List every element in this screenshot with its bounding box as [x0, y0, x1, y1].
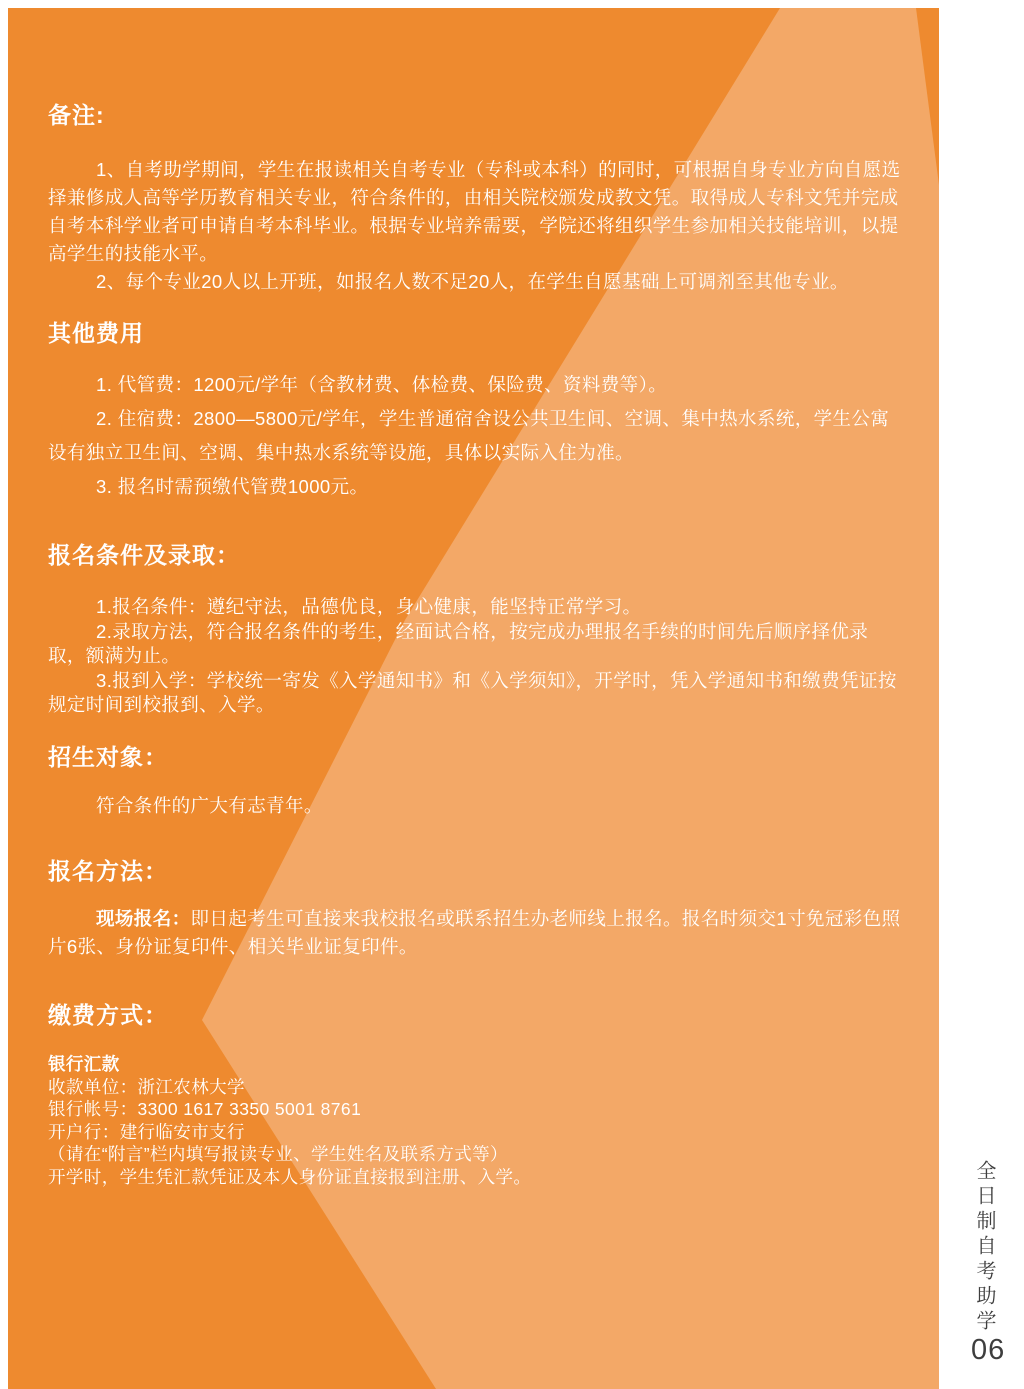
- payment-payee-line: 收款单位：浙江农林大学: [48, 1076, 906, 1099]
- payment-account-line: 银行帐号：3300 1617 3350 5001 8761: [48, 1098, 906, 1121]
- section-conditions-body: 1.报名条件：遵纪守法，品德优良，身心健康，能坚持正常学习。 2.录取方法，符合…: [48, 595, 906, 718]
- method-text: 现场报名：即日起考生可直接来我校报名或联系招生办老师线上报名。报名时须交1寸免冠…: [48, 905, 906, 961]
- section-notes-heading: 备注:: [48, 104, 105, 127]
- page-number: 06: [971, 1334, 1005, 1367]
- section-fees-heading: 其他费用: [48, 322, 144, 345]
- conditions-item-2: 2.录取方法，符合报名条件的考生，经面试合格，按完成办理报名手续的时间先后顺序择…: [48, 620, 906, 669]
- fees-item-2: 2. 住宿费：2800—5800元/学年，学生普通宿舍设公共卫生间、空调、集中热…: [48, 402, 906, 470]
- fees-item-3: 3. 报名时需预缴代管费1000元。: [48, 470, 906, 504]
- section-payment-body: 银行汇款 收款单位：浙江农林大学 银行帐号：3300 1617 3350 500…: [48, 1053, 906, 1188]
- section-conditions-heading: 报名条件及录取：: [48, 544, 240, 567]
- payment-bank-line: 开户行：建行临安市支行: [48, 1121, 906, 1144]
- section-target-heading: 招生对象：: [48, 746, 168, 769]
- payment-subheading: 银行汇款: [48, 1053, 906, 1076]
- notes-item-1: 1、自考助学期间，学生在报读相关自考专业（专科或本科）的同时，可根据自身专业方向…: [48, 156, 906, 268]
- fees-item-1: 1. 代管费：1200元/学年（含教材费、体检费、保险费、资料费等）。: [48, 368, 906, 402]
- flyer-page: 备注: 1、自考助学期间，学生在报读相关自考专业（专科或本科）的同时，可根据自身…: [0, 0, 1024, 1389]
- notes-item-2: 2、每个专业20人以上开班，如报名人数不足20人，在学生自愿基础上可调剂至其他专…: [48, 268, 906, 296]
- section-payment-heading: 缴费方式：: [48, 1004, 168, 1027]
- section-method-heading: 报名方法：: [48, 860, 168, 883]
- section-notes-body: 1、自考助学期间，学生在报读相关自考专业（专科或本科）的同时，可根据自身专业方向…: [48, 156, 906, 296]
- conditions-item-3: 3.报到入学：学校统一寄发《入学通知书》和《入学须知》，开学时，凭入学通知书和缴…: [48, 669, 906, 718]
- payment-remark-line: （请在“附言”栏内填写报读专业、学生姓名及联系方式等）: [48, 1143, 906, 1166]
- section-fees-body: 1. 代管费：1200元/学年（含教材费、体检费、保险费、资料费等）。 2. 住…: [48, 368, 906, 504]
- method-lead-label: 现场报名：: [96, 908, 191, 929]
- section-method-body: 现场报名：即日起考生可直接来我校报名或联系招生办老师线上报名。报名时须交1寸免冠…: [48, 905, 906, 961]
- conditions-item-1: 1.报名条件：遵纪守法，品德优良，身心健康，能坚持正常学习。: [48, 595, 906, 620]
- payment-register-line: 开学时，学生凭汇款凭证及本人身份证直接报到注册、入学。: [48, 1166, 906, 1189]
- target-text: 符合条件的广大有志青年。: [48, 792, 906, 820]
- section-target-body: 符合条件的广大有志青年。: [48, 792, 906, 820]
- side-label-vertical: 全日制自考助学: [970, 1160, 999, 1340]
